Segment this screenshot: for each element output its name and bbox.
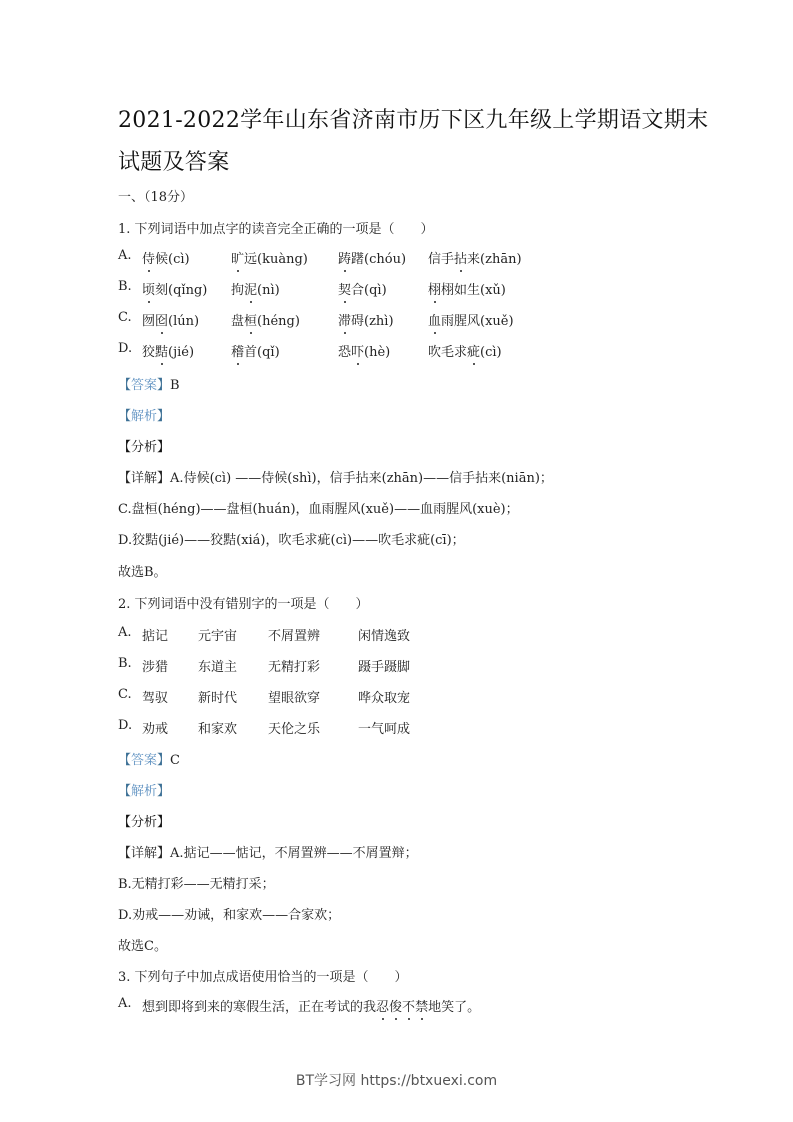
q1-a-item-1: 侍候(cì) (142, 248, 190, 267)
q2-detail-line-3: D.劝戒——劝诫，和家欢——合家欢； (118, 904, 340, 923)
q1-answer-value: B (170, 378, 180, 393)
q1-answer: 【答案】B (118, 374, 180, 393)
option-letter: B. (118, 279, 132, 294)
q2-fenxi-label: 【分析】 (118, 811, 170, 830)
q1-b-item-3: 契合(qì) (338, 279, 387, 298)
q1-a-item-4: 信手拈来(zhān) (428, 248, 522, 267)
document-title-line2: 试题及答案 (118, 145, 230, 176)
q1-b-item-2: 拘泥(nì) (231, 279, 280, 298)
footer-watermark: BT学习网 https://btxuexi.com (0, 1070, 793, 1090)
q2-detail-line-1: 【详解】A.掂记——惦记，不屑置辨——不屑置辩； (118, 842, 418, 861)
section-heading: 一、（18分） (118, 186, 193, 205)
q1-detail-line-1: 【详解】A.侍候(cì) ——侍候(shì)，信手拈来(zhān)——信手拈来(… (118, 467, 553, 486)
q1-d-item-2: 稽首(qǐ) (231, 341, 280, 360)
option-letter: C. (118, 310, 132, 325)
q1-detail-line-2: C.盘桓(héng)——盘桓(huán)，血雨腥风(xuě)——血雨腥风(xuè… (118, 498, 519, 517)
q1-d-item-4: 吹毛求疵(cì) (428, 341, 502, 360)
q2-answer: 【答案】C (118, 749, 180, 768)
q1-detail-line-3: D.狡黠(jié)——狡黠(xiá)，吹毛求疵(cì)——吹毛求疵(cī)； (118, 529, 465, 548)
q2-analysis-label: 【解析】 (118, 780, 170, 799)
option-letter: A. (118, 248, 132, 263)
q1-d-item-1: 狡黠(jié) (142, 341, 194, 360)
document-title-line1: 2021-2022学年山东省济南市历下区九年级上学期语文期末 (118, 103, 708, 134)
q1-analysis-label: 【解析】 (118, 405, 170, 424)
q2-detail-line-2: B.无精打彩——无精打采； (118, 873, 275, 892)
q2-answer-value: C (170, 753, 180, 768)
q1-c-item-1: 囫囵(lún) (142, 310, 199, 329)
q1-conclusion: 故选B。 (118, 561, 167, 580)
q1-b-item-4: 栩栩如生(xǔ) (428, 279, 506, 298)
q1-c-item-3: 滞碍(zhì) (338, 310, 394, 329)
q1-a-item-3: 踌躇(chóu) (338, 248, 406, 267)
q1-stem: 1. 下列词语中加点字的读音完全正确的一项是（ ） (118, 218, 434, 237)
document-page: 2021-2022学年山东省济南市历下区九年级上学期语文期末 试题及答案 一、（… (0, 0, 793, 1122)
q1-a-item-2: 旷远(kuàng) (231, 248, 308, 267)
q1-c-item-4: 血雨腥风(xuě) (428, 310, 514, 329)
q3-stem: 3. 下列句子中加点成语使用恰当的一项是（ ） (118, 966, 408, 985)
q1-c-item-2: 盘桓(héng) (231, 310, 300, 329)
option-letter: D. (118, 341, 132, 356)
q2-stem: 2. 下列词语中没有错别字的一项是（ ） (118, 593, 369, 612)
q1-d-item-3: 恐吓(hè) (338, 341, 390, 360)
q1-b-item-1: 顷刻(qǐng) (142, 279, 207, 298)
q2-conclusion: 故选C。 (118, 935, 167, 954)
q1-fenxi-label: 【分析】 (118, 436, 170, 455)
